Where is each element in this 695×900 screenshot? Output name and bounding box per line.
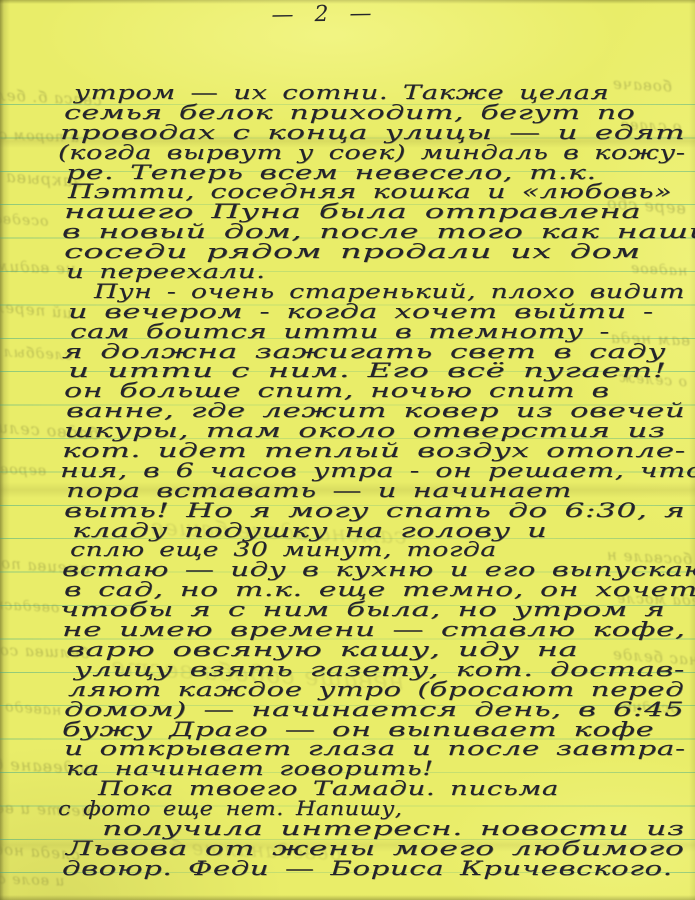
letter-body: утром — их сотни. Также целаясемья белок…: [58, 83, 688, 879]
page-number: — 2 —: [240, 1, 410, 29]
letter-line: двоюр. Феди — Бориса Кричевского.: [58, 859, 688, 879]
